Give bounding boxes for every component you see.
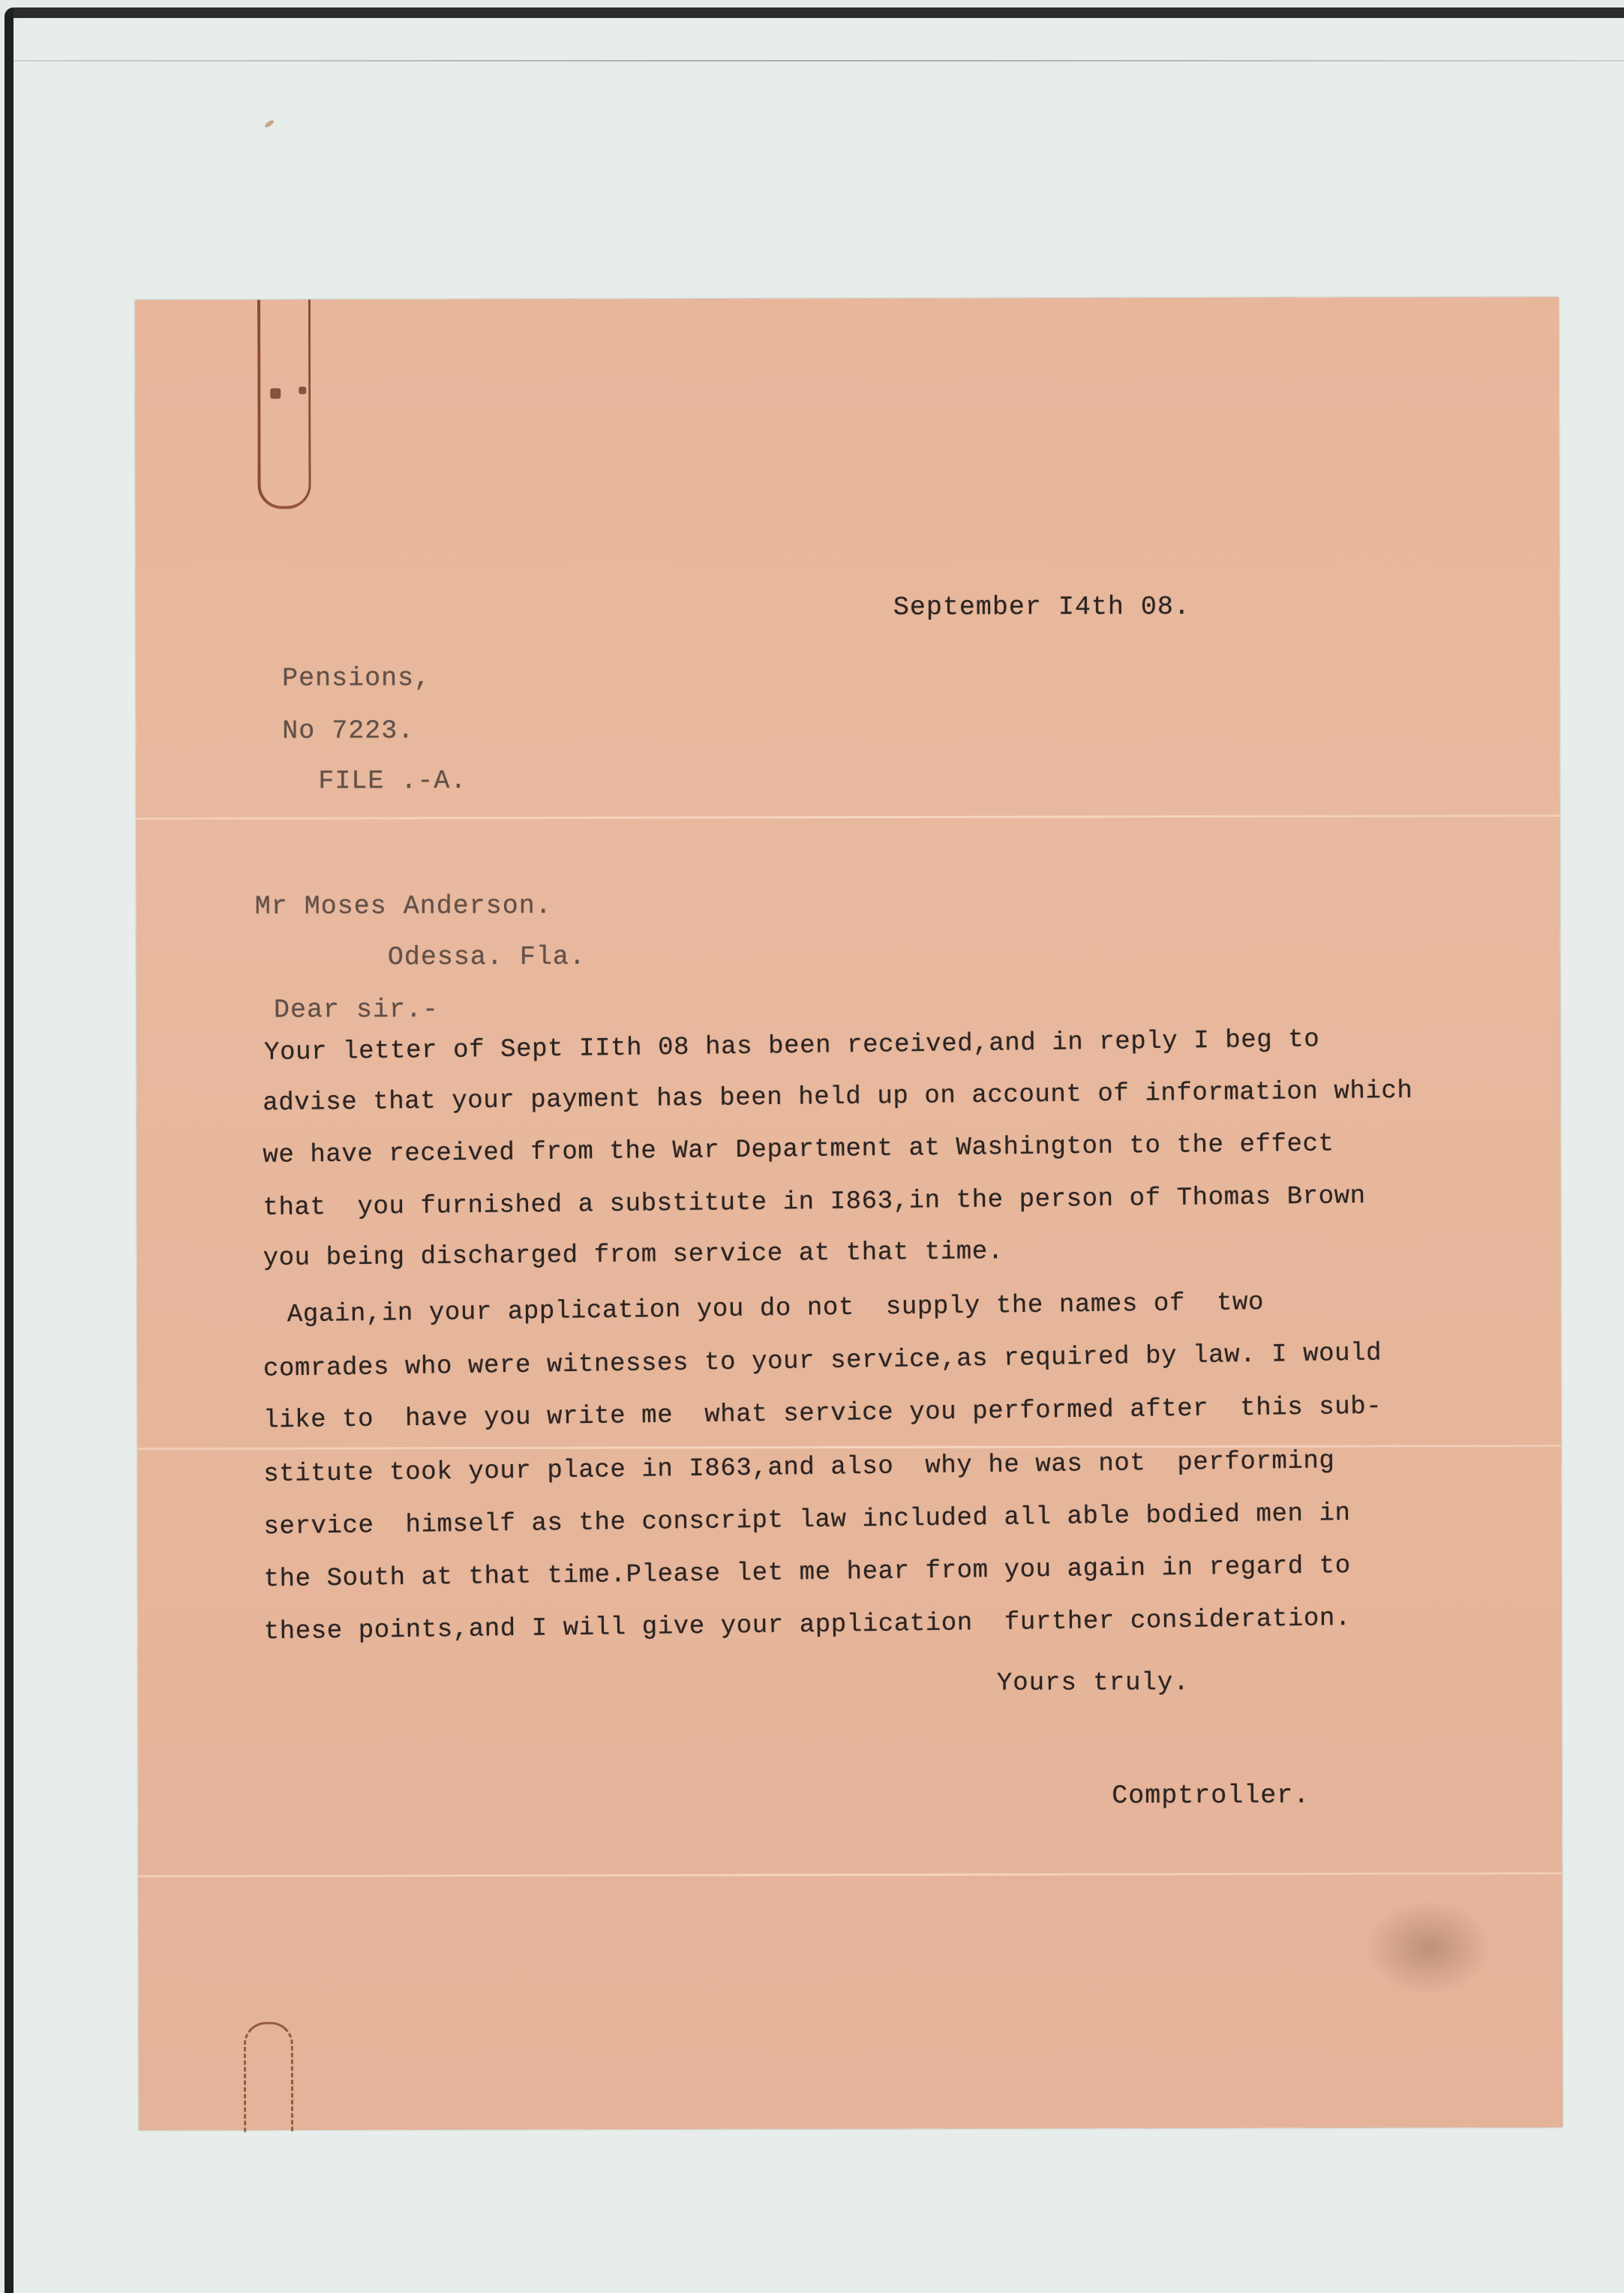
body-line: like to have you write me what service y…	[263, 1394, 1382, 1434]
scanner-crease-line	[14, 60, 1624, 62]
letter-sheet: September I4th 08. Pensions, No 7223. FI…	[135, 297, 1562, 2130]
salutation: Dear sir.-	[274, 997, 439, 1023]
body-line: you being discharged from service at tha…	[263, 1239, 1004, 1271]
scanner-top-edge	[5, 8, 1624, 18]
body-line: these points,and I will give your applic…	[264, 1606, 1352, 1645]
recipient-name: Mr Moses Anderson.	[255, 893, 552, 920]
binder-slot-top-icon	[257, 300, 311, 509]
letter-closing: Yours truly.	[997, 1670, 1190, 1697]
body-line: Your letter of Sept IIth 08 has been rec…	[264, 1027, 1320, 1066]
reference-department: Pensions,	[282, 665, 431, 692]
body-line: that you furnished a substitute in I863,…	[263, 1184, 1366, 1221]
binder-mark-dot	[299, 387, 306, 395]
paper-fold-line	[138, 1872, 1562, 1877]
signature-title: Comptroller.	[1112, 1783, 1310, 1810]
body-line: service himself as the conscript law inc…	[263, 1501, 1351, 1540]
body-line: Again,in your application you do not sup…	[287, 1290, 1265, 1328]
binder-slot-bottom-icon	[244, 2022, 293, 2132]
reference-number: No 7223.	[282, 718, 414, 744]
recipient-location: Odessa. Fla.	[388, 944, 586, 971]
paper-fold-line	[136, 815, 1559, 820]
body-line: comrades who were witnesses to your serv…	[263, 1340, 1382, 1382]
binder-mark-dot	[270, 389, 281, 399]
body-line: advise that your payment has been held u…	[263, 1079, 1413, 1117]
body-line: the South at that time.Please let me hea…	[263, 1553, 1351, 1592]
letter-body: Your letter of Sept IIth 08 has been rec…	[264, 1032, 1541, 1785]
body-line: stitute took your place in I863,and also…	[263, 1448, 1335, 1487]
letter-date: September I4th 08.	[893, 594, 1190, 621]
scanner-left-edge	[5, 8, 14, 2293]
reference-file: FILE .-A.	[318, 768, 467, 794]
body-line: we have received from the War Department…	[263, 1131, 1334, 1168]
